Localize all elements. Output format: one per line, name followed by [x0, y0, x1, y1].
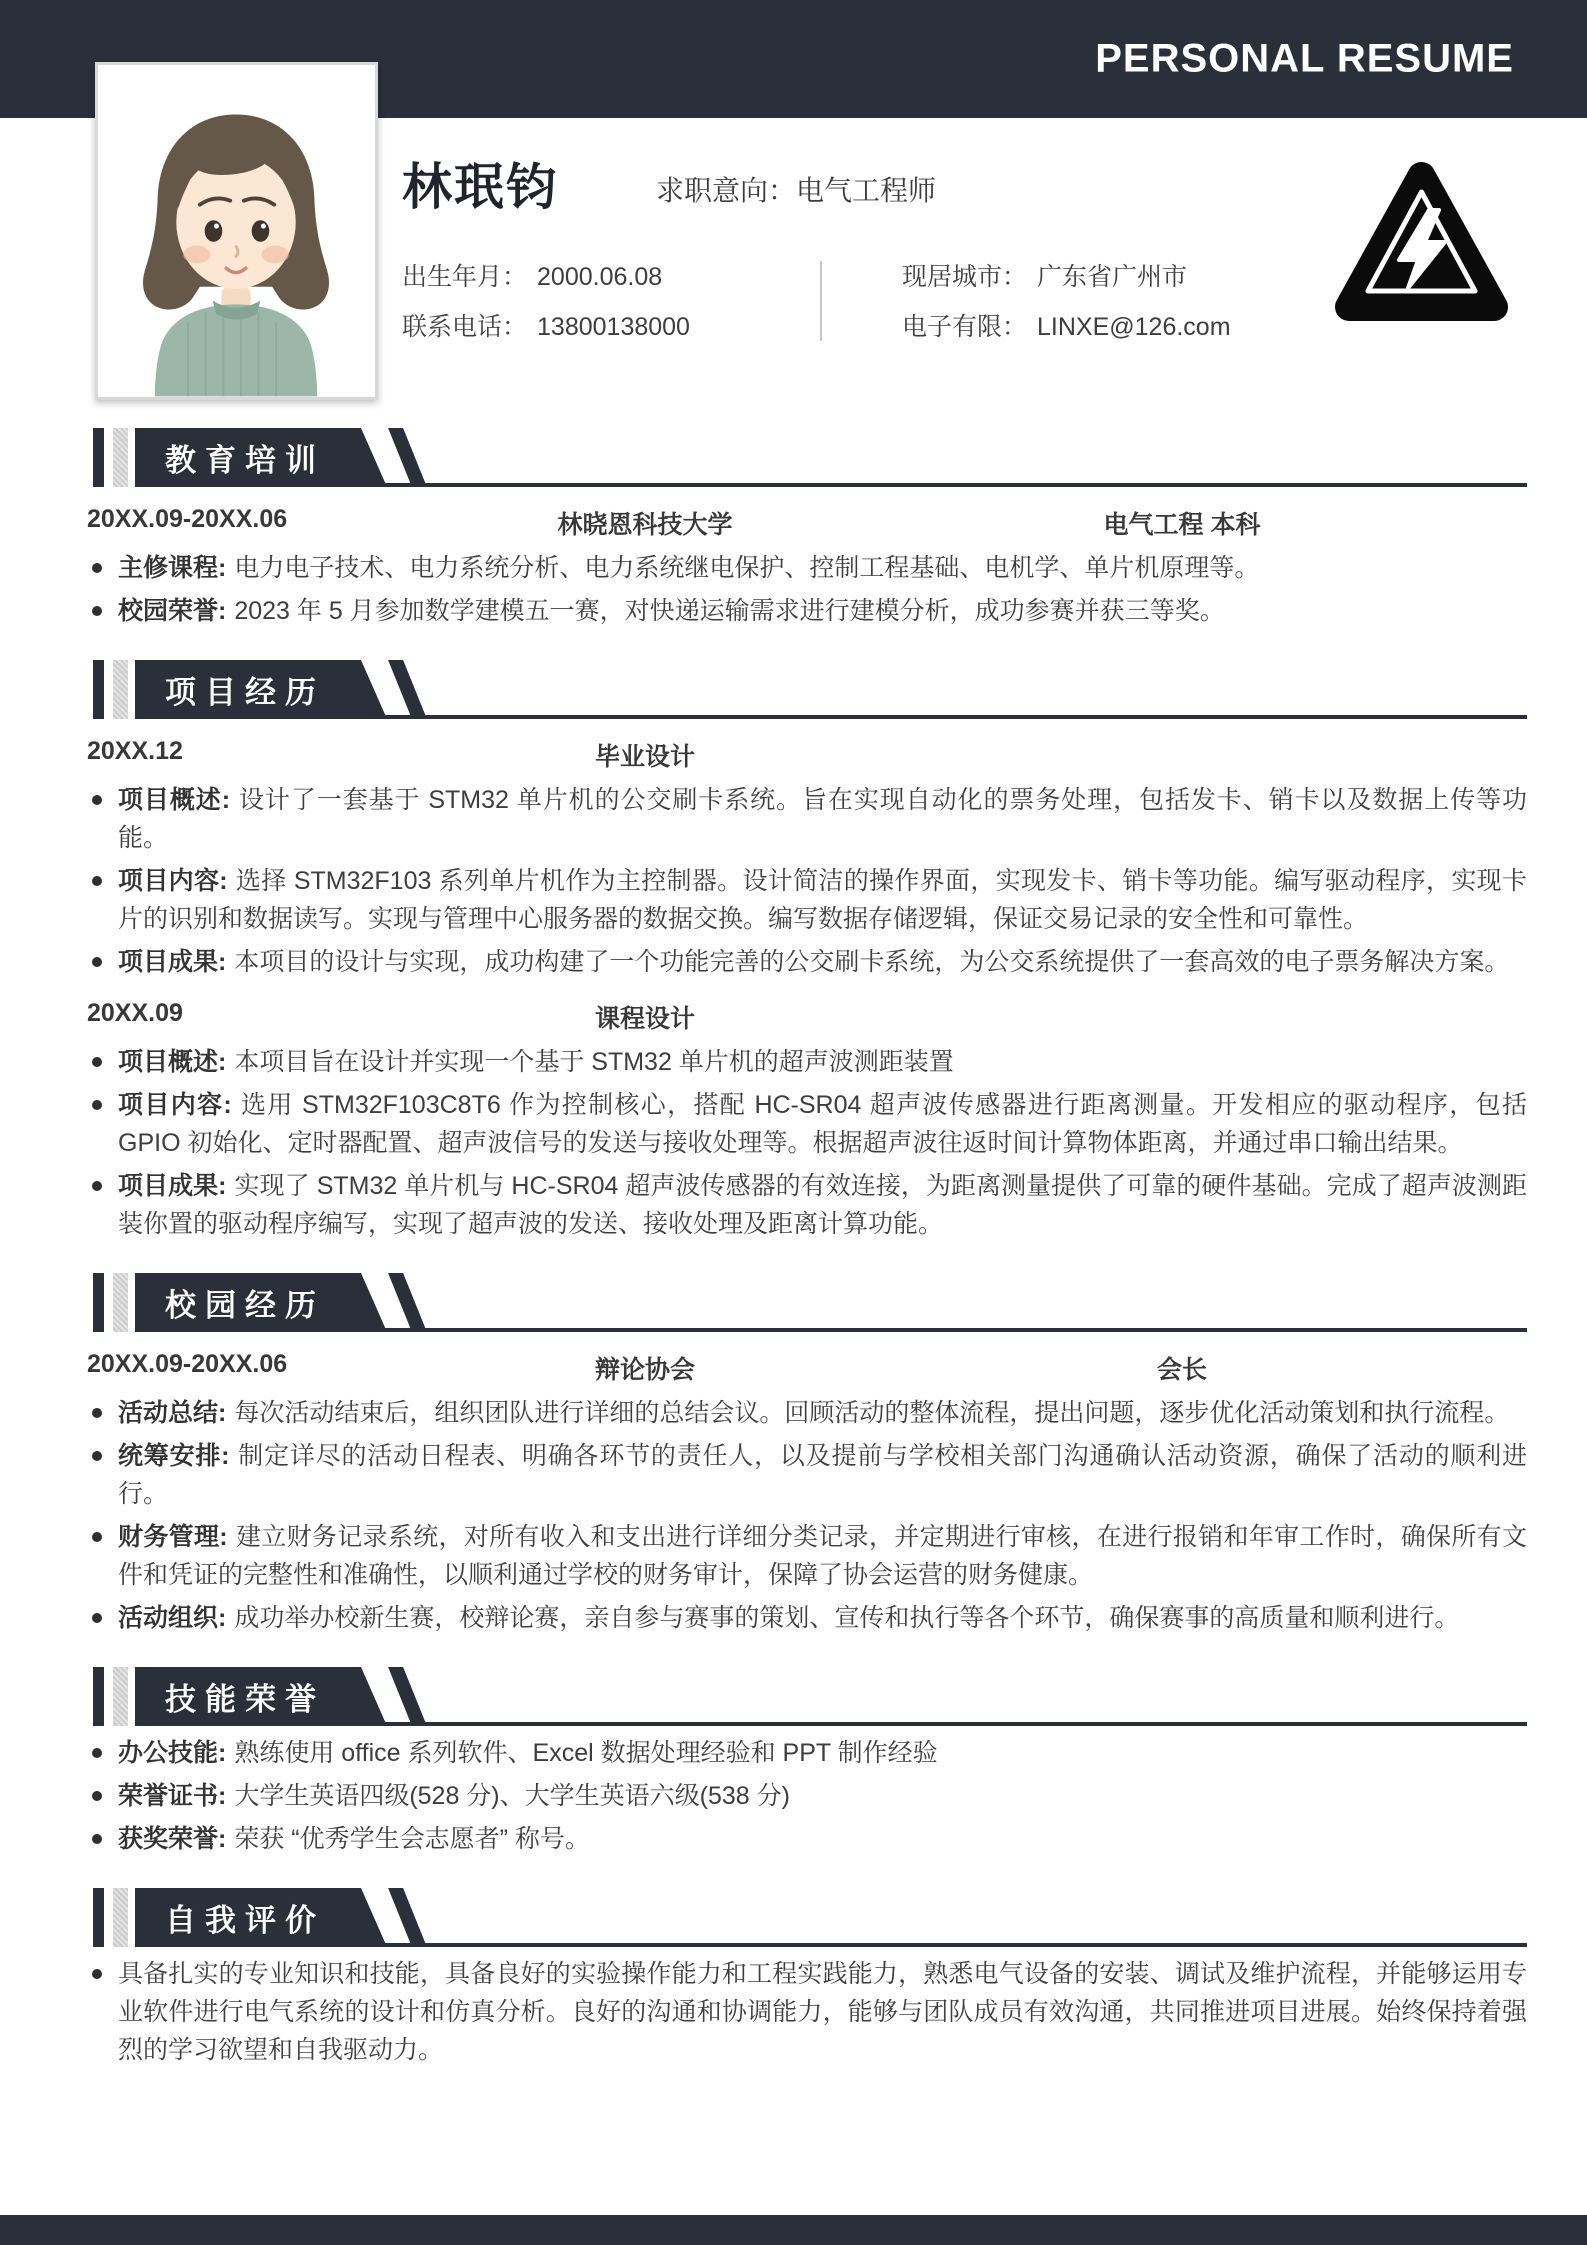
bullet-list: 项目概述:设计了一套基于 STM32 单片机的公交刷卡系统。旨在实现自动化的票务… — [63, 781, 1527, 981]
bullet-text: 选用 STM32F103C8T6 作为控制核心，搭配 HC-SR04 超声波传感… — [118, 1091, 1527, 1157]
contact-phone-value: 13800138000 — [537, 313, 690, 341]
section-underline — [138, 715, 1527, 719]
contact-city-label: 现居城市： — [902, 263, 1027, 291]
bullet-item: 项目成果:实现了 STM32 单片机与 HC-SR04 超声波传感器的有效连接，… — [63, 1167, 1527, 1243]
bullet-item: 项目内容:选用 STM32F103C8T6 作为控制核心，搭配 HC-SR04 … — [63, 1086, 1527, 1162]
bullet-item: 项目概述:设计了一套基于 STM32 单片机的公交刷卡系统。旨在实现自动化的票务… — [63, 781, 1527, 857]
bullet-item: 主修课程:电力电子技术、电力系统分析、电力系统继电保护、控制工程基础、电机学、单… — [63, 549, 1527, 587]
experience-meta-row: 20XX.09课程设计 — [63, 999, 1527, 1035]
contact-info: 出生年月：2000.06.08 现居城市：广东省广州市 联系电话：1380013… — [402, 257, 1437, 343]
bullet-label: 项目内容: — [118, 867, 228, 895]
section-banner: 自我评价 — [135, 1888, 387, 1947]
profile-section: 林珉钧 求职意向：电气工程师 出生年月：2000.06.08 现居城市：广东省广… — [0, 118, 1587, 414]
section-slash-stripe — [388, 1273, 427, 1332]
section-header: 技能荣誉 — [93, 1667, 1527, 1726]
bullet-text: 选择 STM32F103 系列单片机作为主控制器。设计简洁的操作界面，实现发卡、… — [118, 867, 1527, 933]
experience-meta-row: 20XX.09-20XX.06辩论协会会长 — [63, 1350, 1527, 1386]
bullet-item: 具备扎实的专业知识和技能，具备良好的实验操作能力和工程实践能力，熟悉电气设备的安… — [63, 1955, 1527, 2069]
meta-role: 电气工程 本科 — [837, 505, 1527, 541]
bullet-list: 活动总结:每次活动结束后，组织团队进行详细的总结会议。回顾活动的整体流程，提出问… — [63, 1394, 1527, 1637]
section-slash-stripe — [388, 428, 427, 487]
bullet-label: 获奖荣誉: — [118, 1825, 226, 1853]
contact-city-value: 广东省广州市 — [1037, 263, 1187, 291]
section-underline — [138, 1328, 1527, 1332]
section-left-bar — [93, 428, 104, 487]
job-intent-value: 电气工程师 — [796, 175, 936, 206]
section-title: 校园经历 — [165, 1280, 325, 1325]
bullet-label: 活动总结: — [118, 1399, 226, 1427]
bullet-text: 建立财务记录系统，对所有收入和支出进行详细分类记录，并定期进行审核，在进行报销和… — [118, 1523, 1527, 1589]
bullet-text: 制定详尽的活动日程表、明确各环节的责任人，以及提前与学校相关部门沟通确认活动资源… — [118, 1442, 1527, 1508]
job-intent: 求职意向：电气工程师 — [656, 169, 936, 209]
job-intent-label: 求职意向： — [656, 175, 796, 206]
bullet-item: 校园荣誉:2023 年 5 月参加数学建模五一赛，对快递运输需求进行建模分析，成… — [63, 592, 1527, 630]
meta-date: 20XX.09-20XX.06 — [63, 1350, 453, 1386]
section-title: 自我评价 — [165, 1895, 325, 1940]
section-texture-stripe — [113, 428, 128, 487]
meta-role: 会长 — [837, 1350, 1527, 1386]
bullet-text: 荣获 “优秀学生会志愿者” 称号。 — [234, 1825, 590, 1853]
contact-divider — [820, 261, 822, 341]
candidate-name: 林珉钧 — [402, 160, 558, 215]
section-skills: 技能荣誉办公技能:熟练使用 office 系列软件、Excel 数据处理经验和 … — [0, 1667, 1587, 1858]
experience-meta-row: 20XX.12毕业设计 — [63, 737, 1527, 773]
section-left-bar — [93, 1667, 104, 1726]
page-title: PERSONAL RESUME — [1095, 37, 1514, 82]
bullet-text: 电力电子技术、电力系统分析、电力系统继电保护、控制工程基础、电机学、单片机原理等… — [234, 554, 1259, 582]
bullet-item: 财务管理:建立财务记录系统，对所有收入和支出进行详细分类记录，并定期进行审核，在… — [63, 1518, 1527, 1594]
section-underline — [138, 1943, 1527, 1947]
bullet-item: 获奖荣誉:荣获 “优秀学生会志愿者” 称号。 — [63, 1820, 1527, 1858]
sections: 教育培训20XX.09-20XX.06林晓恩科技大学电气工程 本科主修课程:电力… — [0, 428, 1587, 2069]
section-banner: 技能荣誉 — [135, 1667, 387, 1726]
section-self-evaluation: 自我评价具备扎实的专业知识和技能，具备良好的实验操作能力和工程实践能力，熟悉电气… — [0, 1888, 1587, 2069]
section-title: 教育培训 — [165, 435, 325, 480]
bullet-item: 项目内容:选择 STM32F103 系列单片机作为主控制器。设计简洁的操作界面，… — [63, 862, 1527, 938]
section-underline — [138, 483, 1527, 487]
bullet-label: 主修课程: — [118, 554, 226, 582]
contact-birth-value: 2000.06.08 — [537, 263, 662, 291]
bullet-list: 项目概述:本项目旨在设计并实现一个基于 STM32 单片机的超声波测距装置项目内… — [63, 1043, 1527, 1243]
meta-title: 课程设计 — [453, 999, 837, 1035]
bullet-text: 实现了 STM32 单片机与 HC-SR04 超声波传感器的有效连接，为距离测量… — [118, 1172, 1527, 1238]
bullet-label: 校园荣誉: — [118, 597, 226, 625]
bullet-text: 具备扎实的专业知识和技能，具备良好的实验操作能力和工程实践能力，熟悉电气设备的安… — [118, 1960, 1527, 2064]
meta-title: 辩论协会 — [453, 1350, 837, 1386]
bullet-item: 办公技能:熟练使用 office 系列软件、Excel 数据处理经验和 PPT … — [63, 1734, 1527, 1772]
section-education: 教育培训20XX.09-20XX.06林晓恩科技大学电气工程 本科主修课程:电力… — [0, 428, 1587, 630]
section-underline — [138, 1722, 1527, 1726]
meta-role — [837, 999, 1527, 1035]
section-header: 自我评价 — [93, 1888, 1527, 1947]
section-title: 项目经历 — [165, 667, 325, 712]
bullet-list: 办公技能:熟练使用 office 系列软件、Excel 数据处理经验和 PPT … — [63, 1734, 1527, 1858]
section-header: 校园经历 — [93, 1273, 1527, 1332]
meta-role — [837, 737, 1527, 773]
section-left-bar — [93, 1888, 104, 1947]
section-texture-stripe — [113, 1667, 128, 1726]
contact-phone: 联系电话：13800138000 — [402, 307, 822, 343]
section-banner: 项目经历 — [135, 660, 387, 719]
bullet-text: 2023 年 5 月参加数学建模五一赛，对快递运输需求进行建模分析，成功参赛并获… — [234, 597, 1224, 625]
bullet-label: 活动组织: — [118, 1604, 226, 1632]
meta-title: 毕业设计 — [453, 737, 837, 773]
meta-date: 20XX.09-20XX.06 — [63, 505, 453, 541]
contact-email-label: 电子有限： — [902, 313, 1027, 341]
section-slash-stripe — [388, 1667, 427, 1726]
bullet-item: 活动总结:每次活动结束后，组织团队进行详细的总结会议。回顾活动的整体流程，提出问… — [63, 1394, 1527, 1432]
section-left-bar — [93, 1273, 104, 1332]
bullet-label: 荣誉证书: — [118, 1782, 226, 1810]
electric-warning-icon — [1328, 160, 1515, 331]
contact-email-value: LINXE@126.com — [1037, 313, 1231, 341]
bullet-list: 具备扎实的专业知识和技能，具备良好的实验操作能力和工程实践能力，熟悉电气设备的安… — [63, 1955, 1527, 2069]
bullet-text: 设计了一套基于 STM32 单片机的公交刷卡系统。旨在实现自动化的票务处理，包括… — [118, 786, 1527, 852]
meta-date: 20XX.09 — [63, 999, 453, 1035]
bottom-band — [0, 2215, 1587, 2245]
section-texture-stripe — [113, 1888, 128, 1947]
meta-title: 林晓恩科技大学 — [453, 505, 837, 541]
bullet-item: 项目概述:本项目旨在设计并实现一个基于 STM32 单片机的超声波测距装置 — [63, 1043, 1527, 1081]
section-left-bar — [93, 660, 104, 719]
bullet-label: 项目成果: — [118, 948, 226, 976]
bullet-list: 主修课程:电力电子技术、电力系统分析、电力系统继电保护、控制工程基础、电机学、单… — [63, 549, 1527, 630]
bullet-text: 成功举办校新生赛，校辩论赛，亲自参与赛事的策划、宣传和执行等各个环节，确保赛事的… — [234, 1604, 1459, 1632]
bullet-item: 活动组织:成功举办校新生赛，校辩论赛，亲自参与赛事的策划、宣传和执行等各个环节，… — [63, 1599, 1527, 1637]
bullet-item: 项目成果:本项目的设计与实现，成功构建了一个功能完善的公交刷卡系统，为公交系统提… — [63, 943, 1527, 981]
contact-phone-label: 联系电话： — [402, 313, 527, 341]
bullet-text: 大学生英语四级(528 分)、大学生英语六级(538 分) — [234, 1782, 790, 1810]
bullet-text: 本项目旨在设计并实现一个基于 STM32 单片机的超声波测距装置 — [234, 1048, 953, 1076]
bullet-label: 项目成果: — [118, 1172, 227, 1200]
bullet-item: 统筹安排:制定详尽的活动日程表、明确各环节的责任人，以及提前与学校相关部门沟通确… — [63, 1437, 1527, 1513]
section-slash-stripe — [388, 1888, 427, 1947]
profile-photo — [95, 62, 378, 400]
section-title: 技能荣誉 — [165, 1674, 325, 1719]
experience-meta-row: 20XX.09-20XX.06林晓恩科技大学电气工程 本科 — [63, 505, 1527, 541]
bullet-label: 项目概述: — [118, 1048, 226, 1076]
contact-birth: 出生年月：2000.06.08 — [402, 257, 822, 293]
section-texture-stripe — [113, 1273, 128, 1332]
bullet-text: 每次活动结束后，组织团队进行详细的总结会议。回顾活动的整体流程，提出问题，逐步优… — [234, 1399, 1509, 1427]
section-header: 项目经历 — [93, 660, 1527, 719]
section-banner: 教育培训 — [135, 428, 387, 487]
contact-birth-label: 出生年月： — [402, 263, 527, 291]
section-texture-stripe — [113, 660, 128, 719]
resume-page: PERSONAL RESUME — [0, 0, 1587, 2245]
bullet-label: 办公技能: — [118, 1739, 226, 1767]
section-slash-stripe — [388, 660, 427, 719]
bullet-text: 熟练使用 office 系列软件、Excel 数据处理经验和 PPT 制作经验 — [234, 1739, 937, 1767]
bullet-label: 项目内容: — [118, 1091, 232, 1119]
section-campus: 校园经历20XX.09-20XX.06辩论协会会长活动总结:每次活动结束后，组织… — [0, 1273, 1587, 1637]
section-projects: 项目经历20XX.12毕业设计项目概述:设计了一套基于 STM32 单片机的公交… — [0, 660, 1587, 1243]
section-header: 教育培训 — [93, 428, 1527, 487]
bullet-label: 项目概述: — [118, 786, 230, 814]
bullet-text: 本项目的设计与实现，成功构建了一个功能完善的公交刷卡系统，为公交系统提供了一套高… — [234, 948, 1509, 976]
avatar-illustration — [98, 65, 375, 397]
bullet-item: 荣誉证书:大学生英语四级(528 分)、大学生英语六级(538 分) — [63, 1777, 1527, 1815]
bullet-label: 统筹安排: — [118, 1442, 230, 1470]
bullet-label: 财务管理: — [118, 1523, 228, 1551]
section-banner: 校园经历 — [135, 1273, 387, 1332]
meta-date: 20XX.12 — [63, 737, 453, 773]
